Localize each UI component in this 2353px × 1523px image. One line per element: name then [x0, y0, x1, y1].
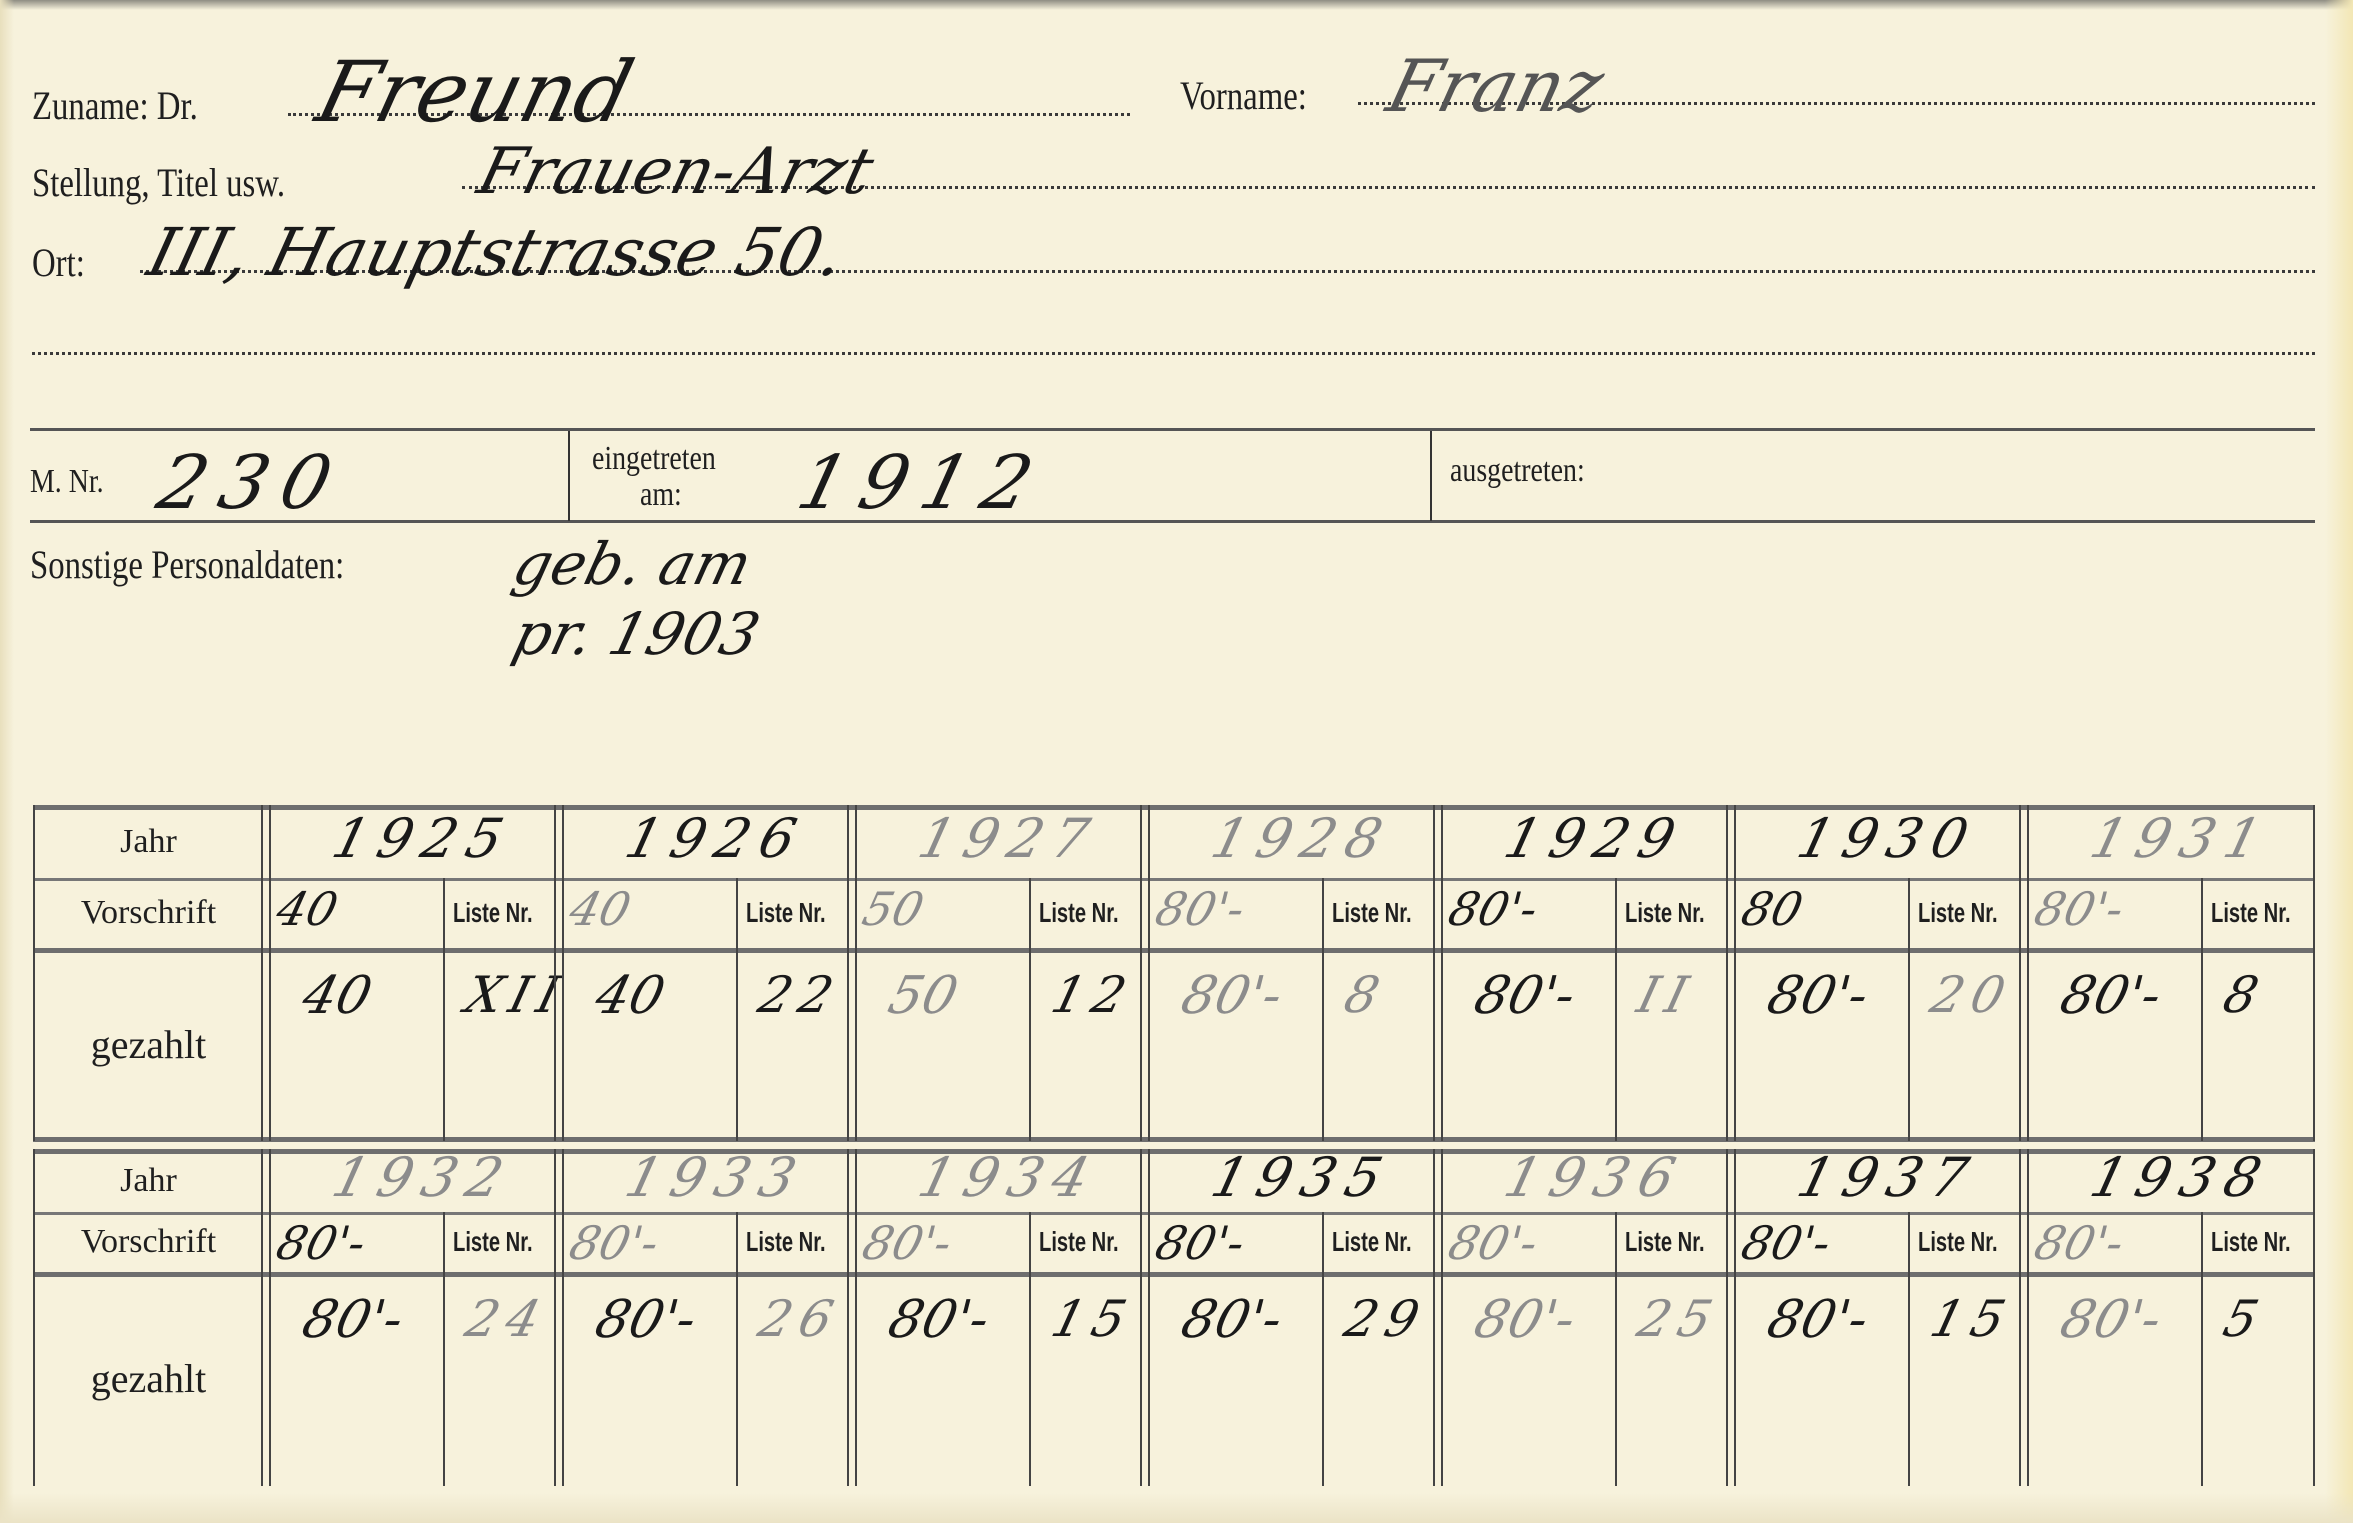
vorschrift-cell: 80'- — [1737, 1220, 1835, 1266]
label-column-divider — [261, 1149, 271, 1486]
gezahlt-cell: 80'- — [2056, 970, 2167, 1022]
liste-nr-label: Liste Nr. — [746, 899, 826, 927]
liste-nr-label: Liste Nr. — [1625, 899, 1705, 927]
year-cell: 1925 — [327, 812, 518, 866]
row-label-jahr: Jahr — [33, 825, 264, 859]
liste-nr-label: Liste Nr. — [746, 1228, 826, 1256]
liste-column-divider — [2201, 1212, 2203, 1486]
gezahlt-cell: 80'- — [1470, 970, 1581, 1022]
liste-column-divider — [1908, 1212, 1910, 1486]
gezahlt-cell: 80'- — [1177, 970, 1288, 1022]
liste-column-divider — [1029, 878, 1031, 1141]
sonstige-value-line1: geb. am — [508, 535, 757, 593]
vorschrift-cell: 80'- — [1444, 886, 1542, 932]
liste-column-divider — [1908, 878, 1910, 1141]
dues-table-lower: JahrVorschriftgezahlt193280'-Liste Nr.80… — [33, 1149, 2315, 1486]
mnr-label: M. Nr. — [30, 465, 104, 499]
year-cell: 1935 — [1206, 1151, 1397, 1205]
liste-nr-cell: 20 — [1926, 970, 2018, 1020]
ort-value: III, Hauptstrasse 50. — [142, 220, 851, 286]
jahr-row-rule — [33, 878, 2315, 881]
liste-nr-label: Liste Nr. — [1918, 899, 1998, 927]
table-right-border — [2313, 1149, 2315, 1486]
card-edge-right — [2325, 0, 2353, 1523]
gezahlt-cell: 80'- — [591, 1294, 702, 1346]
ort-label: Ort: — [32, 243, 85, 283]
year-cell: 1928 — [1206, 812, 1397, 866]
liste-column-divider — [736, 1212, 738, 1486]
vorname-label: Vorname: — [1180, 76, 1307, 116]
year-column-divider — [554, 1149, 564, 1486]
liste-nr-cell: 8 — [1340, 970, 1392, 1020]
liste-column-divider — [1615, 1212, 1617, 1486]
liste-nr-label: Liste Nr. — [1332, 1228, 1412, 1256]
card-shadow-top — [0, 0, 2353, 10]
vorschrift-row-rule — [33, 1272, 2315, 1277]
liste-column-divider — [443, 878, 445, 1141]
row-label-jahr: Jahr — [33, 1164, 264, 1198]
year-column-divider — [847, 805, 857, 1141]
liste-nr-label: Liste Nr. — [1625, 1228, 1705, 1256]
blank-line — [32, 352, 2315, 355]
year-column-divider — [1140, 1149, 1150, 1486]
liste-column-divider — [1322, 878, 1324, 1141]
gezahlt-cell: 40 — [591, 970, 670, 1022]
vorschrift-cell: 40 — [272, 886, 342, 932]
stellung-label: Stellung, Titel usw. — [32, 163, 285, 203]
liste-nr-cell: 8 — [2219, 970, 2271, 1020]
year-column-divider — [554, 805, 564, 1141]
year-cell: 1930 — [1792, 812, 1983, 866]
year-cell: 1933 — [620, 1151, 811, 1205]
membership-divider-2 — [1430, 431, 1432, 521]
year-cell: 1936 — [1499, 1151, 1690, 1205]
gezahlt-cell: 40 — [298, 970, 377, 1022]
mnr-value: 230 — [151, 446, 353, 520]
liste-nr-cell: 22 — [754, 970, 846, 1020]
liste-nr-label: Liste Nr. — [1039, 899, 1119, 927]
vorschrift-cell: 80'- — [858, 1220, 956, 1266]
liste-nr-cell: II — [1633, 970, 1701, 1020]
liste-column-divider — [443, 1212, 445, 1486]
dues-table-upper: JahrVorschriftgezahlt192540Liste Nr.40XI… — [33, 805, 2315, 1141]
year-cell: 1926 — [620, 812, 811, 866]
vorschrift-cell: 80 — [1737, 886, 1807, 932]
vorschrift-cell: 80'- — [272, 1220, 370, 1266]
card-edge-left — [0, 0, 14, 1523]
year-column-divider — [1726, 805, 1736, 1141]
gezahlt-cell: 80'- — [1177, 1294, 1288, 1346]
gezahlt-cell: 80'- — [2056, 1294, 2167, 1346]
table-bottom-rule — [33, 1137, 2315, 1142]
vorschrift-cell: 80'- — [2030, 1220, 2128, 1266]
liste-nr-label: Liste Nr. — [2211, 899, 2291, 927]
year-cell: 1929 — [1499, 812, 1690, 866]
liste-nr-cell: 12 — [1047, 970, 1139, 1020]
ausgetreten-label: ausgetreten: — [1450, 454, 1585, 488]
eingetreten-label-line1: eingetreten — [592, 442, 716, 476]
year-cell: 1934 — [913, 1151, 1104, 1205]
year-column-divider — [847, 1149, 857, 1486]
vorschrift-cell: 80'- — [1151, 886, 1249, 932]
liste-nr-label: Liste Nr. — [453, 899, 533, 927]
vorname-value: Franz — [1381, 50, 1611, 122]
year-cell: 1931 — [2085, 812, 2276, 866]
vorschrift-cell: 80'- — [1444, 1220, 1542, 1266]
gezahlt-cell: 80'- — [1763, 970, 1874, 1022]
row-label-gezahlt: gezahlt — [33, 1359, 264, 1399]
gezahlt-cell: 80'- — [298, 1294, 409, 1346]
liste-column-divider — [2201, 878, 2203, 1141]
jahr-row-rule — [33, 1212, 2315, 1215]
year-column-divider — [2019, 1149, 2029, 1486]
liste-nr-label: Liste Nr. — [1918, 1228, 1998, 1256]
liste-column-divider — [1322, 1212, 1324, 1486]
eingetreten-label-line2: am: — [640, 478, 682, 512]
membership-row-bottom-rule — [30, 520, 2315, 523]
year-column-divider — [1433, 1149, 1443, 1486]
liste-nr-label: Liste Nr. — [2211, 1228, 2291, 1256]
vorschrift-cell: 80'- — [2030, 886, 2128, 932]
gezahlt-cell: 80'- — [1470, 1294, 1581, 1346]
year-cell: 1927 — [913, 812, 1104, 866]
year-cell: 1938 — [2085, 1151, 2276, 1205]
liste-nr-cell: 29 — [1340, 1294, 1432, 1344]
membership-row-top-rule — [30, 428, 2315, 431]
vorschrift-cell: 50 — [858, 886, 928, 932]
table-right-border — [2313, 805, 2315, 1141]
vorschrift-cell: 40 — [565, 886, 635, 932]
vorschrift-cell: 80'- — [1151, 1220, 1249, 1266]
liste-column-divider — [1029, 1212, 1031, 1486]
sonstige-label: Sonstige Personaldaten: — [30, 545, 344, 585]
table-left-border — [33, 1149, 35, 1486]
zuname-value: Freund — [310, 50, 641, 134]
liste-nr-label: Liste Nr. — [1039, 1228, 1119, 1256]
vorschrift-row-rule — [33, 948, 2315, 953]
liste-nr-cell: 26 — [754, 1294, 846, 1344]
membership-divider-1 — [568, 431, 570, 521]
liste-nr-cell: 15 — [1047, 1294, 1139, 1344]
row-label-gezahlt: gezahlt — [33, 1025, 264, 1065]
year-column-divider — [1726, 1149, 1736, 1486]
sonstige-value-line2: pr. 1903 — [508, 605, 765, 663]
year-column-divider — [1140, 805, 1150, 1141]
gezahlt-cell: 80'- — [1763, 1294, 1874, 1346]
year-column-divider — [1433, 805, 1443, 1141]
year-cell: 1937 — [1792, 1151, 1983, 1205]
year-column-divider — [2019, 805, 2029, 1141]
liste-column-divider — [1615, 878, 1617, 1141]
stellung-value: Frauen-Arzt — [472, 140, 879, 204]
liste-nr-label: Liste Nr. — [453, 1228, 533, 1256]
gezahlt-cell: 50 — [884, 970, 963, 1022]
vorschrift-cell: 80'- — [565, 1220, 663, 1266]
liste-nr-cell: 15 — [1926, 1294, 2018, 1344]
year-cell: 1932 — [327, 1151, 518, 1205]
gezahlt-cell: 80'- — [884, 1294, 995, 1346]
row-label-vorschrift: Vorschrift — [33, 896, 264, 930]
card-edge-bottom — [0, 1493, 2353, 1523]
liste-column-divider — [736, 878, 738, 1141]
row-label-vorschrift: Vorschrift — [33, 1225, 264, 1259]
zuname-label: Zuname: Dr. — [32, 86, 198, 126]
liste-nr-cell: 24 — [461, 1294, 553, 1344]
liste-nr-cell: 25 — [1633, 1294, 1725, 1344]
eingetreten-value: 1912 — [791, 446, 1054, 520]
liste-nr-cell: 5 — [2219, 1294, 2271, 1344]
liste-nr-label: Liste Nr. — [1332, 899, 1412, 927]
